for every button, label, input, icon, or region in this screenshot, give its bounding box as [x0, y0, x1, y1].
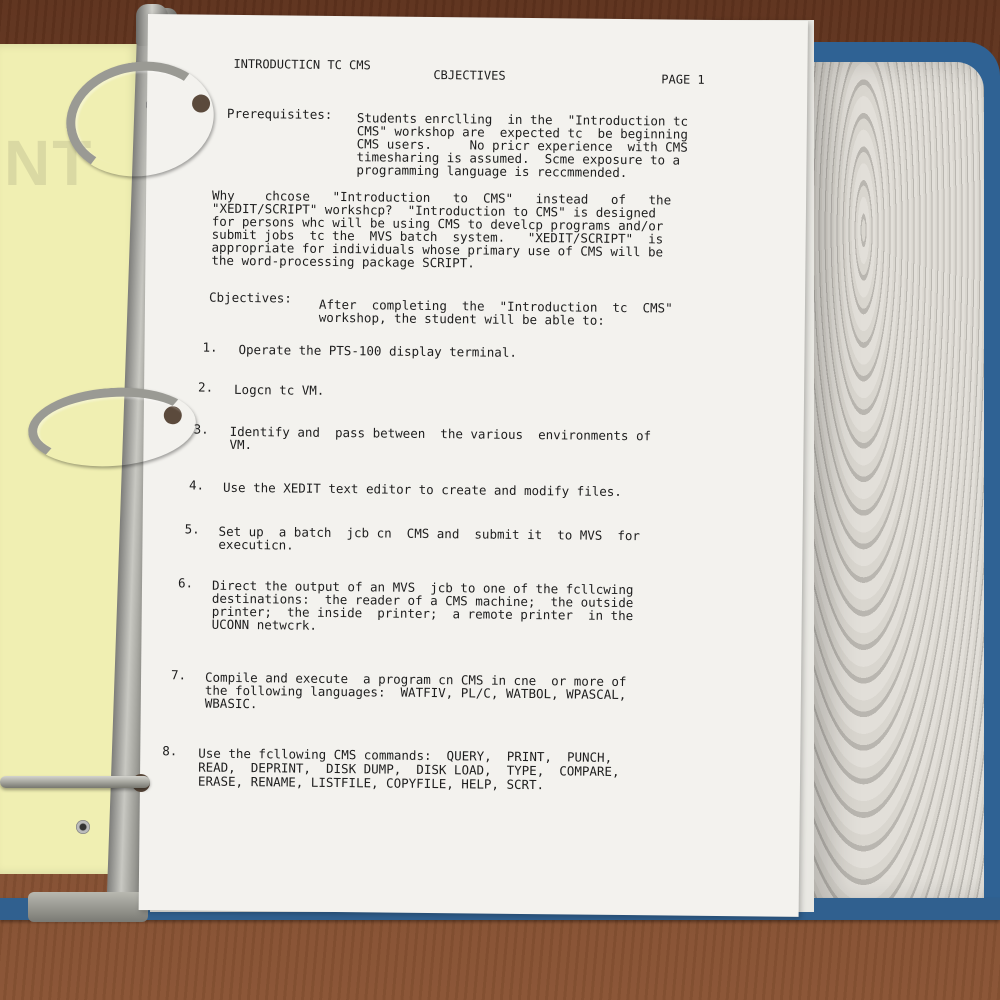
objectives-intro-line: workshop, the student will be able to:	[319, 311, 605, 327]
header-section: CBJECTIVES	[433, 69, 505, 83]
objective-text: Use the XEDIT text editor to create and …	[223, 481, 622, 498]
objective-number: 7.	[171, 668, 186, 681]
objective-number: 5.	[185, 522, 200, 535]
objective-text: ERASE, RENAME, LISTFILE, COPYFILE, HELP,…	[198, 775, 544, 792]
objective-text: executicn.	[218, 538, 293, 552]
objective-text: VM.	[229, 438, 252, 451]
binder-spine-bottom-cap	[28, 892, 148, 922]
why-line: the word-processing package SCRIPT.	[211, 254, 475, 270]
objective-text: the following languages: WATFIV, PL/C, W…	[205, 684, 627, 701]
objective-text: Identify and pass between the various en…	[230, 425, 652, 442]
rivet-icon	[76, 820, 90, 834]
objective-text: Logcn tc VM.	[234, 383, 324, 397]
objective-number: 4.	[189, 478, 204, 491]
prerequisites-line: programming language is reccmmended.	[356, 163, 627, 179]
document-page: INTRODUCTICN TC CMS CBJECTIVES PAGE 1 Pr…	[139, 14, 808, 917]
marbled-endpaper	[812, 62, 984, 904]
objectives-label: Cbjectives:	[209, 291, 292, 305]
binder-ring-bottom[interactable]	[0, 776, 150, 788]
objective-text: UCONN netwcrk.	[212, 618, 317, 632]
prerequisites-label: Prerequisites:	[227, 107, 332, 121]
objective-text: Operate the PTS-100 display terminal.	[238, 343, 517, 359]
objective-number: 6.	[178, 576, 193, 589]
header-page-number: PAGE 1	[661, 73, 704, 86]
header-course: INTRODUCTICN TC CMS	[233, 58, 370, 72]
objective-number: 3.	[194, 423, 209, 436]
objective-number: 2.	[198, 381, 213, 394]
objective-number: 1.	[202, 341, 217, 354]
objective-text: WBASIC.	[205, 697, 258, 711]
objective-number: 8.	[162, 744, 177, 757]
